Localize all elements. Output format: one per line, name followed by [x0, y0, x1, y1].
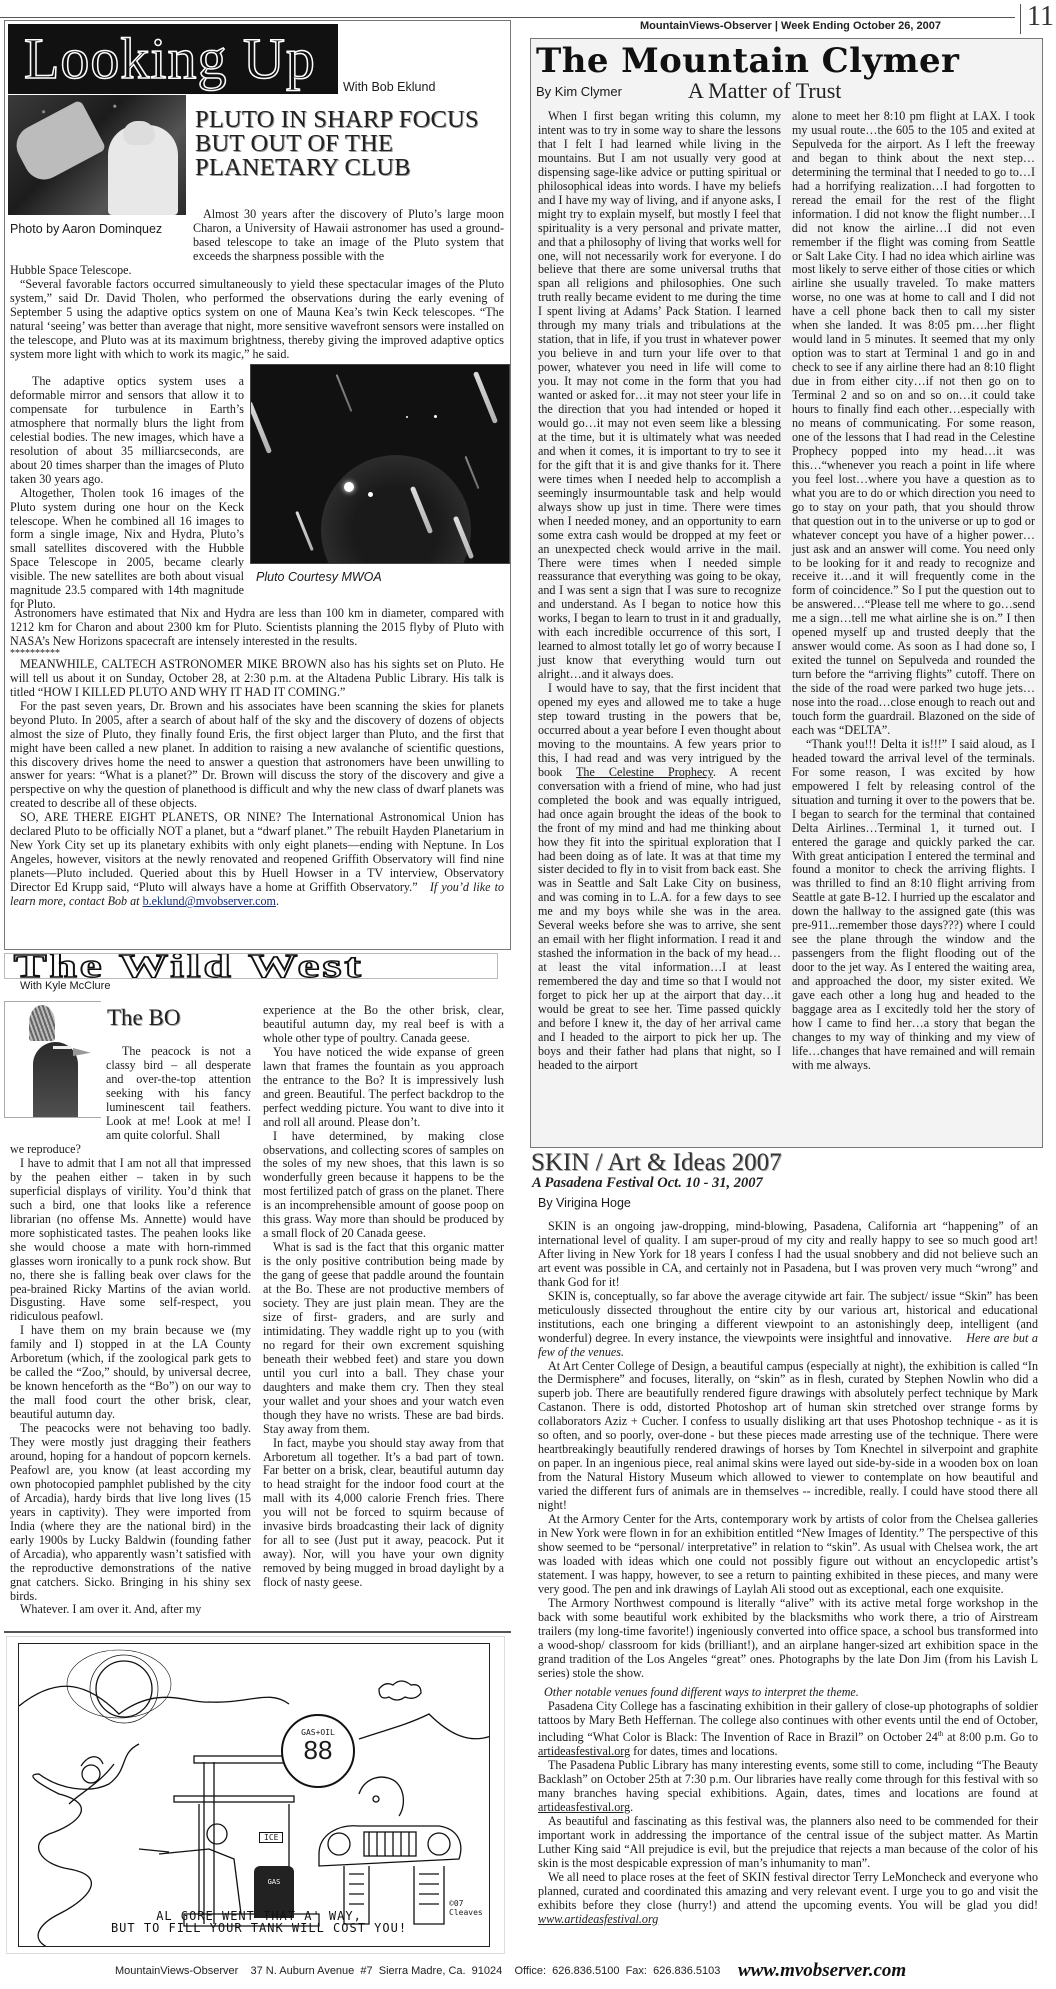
star-streak	[295, 511, 314, 551]
contact-email-link[interactable]: b.eklund@mvobserver.com	[143, 894, 276, 908]
pluto-rest-text: Astronomers have estimated that Nix and …	[10, 607, 504, 909]
wild-west-paragraph: we reproduce?	[10, 1143, 251, 1157]
wild-west-paragraph: I have determined, by making close obser…	[263, 1130, 504, 1242]
wild-west-byline: With Kyle McClure	[20, 980, 110, 992]
pluto-paragraph: Altogether, Tholen took 16 images of the…	[10, 487, 244, 613]
cartoon-caption-line: BUT TO FILL YOUR TANK WILL COST YOU!	[79, 1922, 439, 1934]
book-title: The Celestine Prophecy	[576, 765, 713, 779]
peacock-eye-stripe	[53, 1046, 71, 1049]
pluto-main-text: Hubble Space Telescope. “Several favorab…	[10, 264, 504, 362]
clymer-paragraph: “Thank you!!! Delta it is!!!” I said alo…	[792, 738, 1035, 1073]
pluto-telescope-image	[250, 364, 510, 564]
star-streak	[465, 456, 480, 489]
mountain-clymer-col1: When I first began writing this column, …	[538, 110, 781, 1073]
looking-up-banner-text: Looking Up	[8, 24, 338, 94]
wild-west-paragraph: Whatever. I am over it. And, after my	[10, 1603, 251, 1617]
skin-text: The Pasadena Public Library has many int…	[538, 1758, 1038, 1800]
skin-text: SKIN is, conceptually, so far above the …	[538, 1289, 1038, 1345]
page-number-divider	[1020, 4, 1021, 34]
clymer-paragraph: alone to meet her 8:10 pm flight at LAX.…	[792, 110, 1035, 738]
skin-text: for dates, times and locations.	[630, 1744, 777, 1758]
skin-paragraph: At the Armory Center for the Arts, conte…	[538, 1513, 1038, 1597]
city-lights	[8, 95, 186, 123]
header-rule	[0, 17, 1015, 18]
wild-west-paragraph: The peacocks were not behaving too badly…	[10, 1422, 251, 1603]
wild-west-paragraph: I have to admit that I am not all that i…	[10, 1157, 251, 1324]
star-streak	[473, 371, 498, 424]
pluto-paragraph: SO, ARE THERE EIGHT PLANETS, OR NINE? Th…	[10, 811, 504, 909]
cartoonist-signature: ©07 Cleaves	[449, 1899, 489, 1917]
section-divider	[4, 1631, 511, 1633]
footer-address: MountainViews-Observer 37 N. Auburn Aven…	[115, 1965, 720, 1977]
mountain-clymer-subtitle: A Matter of Trust	[688, 78, 841, 104]
wild-west-paragraph: In fact, maybe you should stay away from…	[263, 1437, 504, 1590]
artideas-www-link[interactable]: www.artideasfestival.org	[538, 1912, 658, 1926]
page-number: 11	[1027, 3, 1054, 31]
looking-up-byline: With Bob Eklund	[343, 80, 435, 94]
skin-subtitle: A Pasadena Festival Oct. 10 - 31, 2007	[532, 1175, 763, 1192]
ice-sign: ICE	[259, 1832, 283, 1843]
peacock-beak	[73, 1048, 91, 1056]
editorial-cartoon: GAS+OIL 88 ICE GAS ©07 Cleaves AL GORE W…	[6, 1636, 505, 1954]
peacock-crest	[29, 1005, 55, 1041]
pluto-image-caption: Pluto Courtesy MWOA	[256, 570, 382, 584]
pluto-intro: Almost 30 years after the discovery of P…	[193, 208, 504, 264]
wild-west-col2: experience at the Bo the other brisk, cl…	[263, 1004, 504, 1590]
cartoon-frame: GAS+OIL 88 ICE GAS ©07 Cleaves AL GORE W…	[18, 1643, 490, 1947]
pluto-paragraph: For the past seven years, Dr. Brown and …	[10, 700, 504, 812]
wild-west-col1: we reproduce? I have to admit that I am …	[10, 1143, 251, 1617]
skin-text: at 8:00 p.m. Go to	[943, 1730, 1038, 1744]
mountain-clymer-title: The Mountain Clymer	[536, 41, 959, 81]
pluto-paragraph: Hubble Space Telescope.	[10, 264, 504, 278]
skin-byline: By Virigina Hoge	[538, 1196, 631, 1210]
pluto-column-text: The adaptive optics system uses a deform…	[10, 375, 244, 612]
wild-west-paragraph: What is sad is the fact that this organi…	[263, 1241, 504, 1436]
skin-paragraph: SKIN is an ongoing jaw-dropping, mind-bl…	[538, 1220, 1038, 1290]
skin-paragraph: We all need to place roses at the feet o…	[538, 1871, 1038, 1927]
pluto-dot	[344, 482, 354, 492]
wild-west-paragraph: The peacock is not a classy bird – all d…	[106, 1045, 251, 1143]
skin-title: SKIN / Art & Ideas 2007	[531, 1149, 782, 1177]
pluto-halo	[321, 455, 471, 564]
skin-paragraph: As beautiful and fascinating as this fes…	[538, 1815, 1038, 1871]
masthead: MountainViews-Observer | Week Ending Oct…	[640, 20, 941, 32]
skin-italic-lead: Other notable venues found different way…	[538, 1686, 1038, 1700]
pluto-paragraph: “Several favorable factors occurred simu…	[10, 278, 504, 362]
peacock-photo	[4, 1001, 101, 1118]
hydra-dot	[434, 415, 437, 418]
pluto-paragraph: The adaptive optics system uses a deform…	[10, 375, 244, 487]
mountain-clymer-byline: By Kim Clymer	[536, 84, 622, 99]
charon-dot	[368, 492, 373, 497]
peacock-neck	[33, 1042, 78, 1118]
astronomer-head	[123, 121, 155, 145]
skin-text: We all need to place roses at the feet o…	[538, 1870, 1038, 1912]
clymer-text: . A recent conversation with a friend of…	[538, 765, 781, 1072]
artideas-link[interactable]: artideasfestival.org	[538, 1800, 630, 1814]
wild-west-col1-top: The peacock is not a classy bird – all d…	[106, 1045, 251, 1143]
wild-west-banner-text: The Wild West	[5, 954, 498, 979]
artideas-link[interactable]: artideasfestival.org	[538, 1744, 630, 1758]
skin-body: SKIN is an ongoing jaw-dropping, mind-bl…	[538, 1220, 1038, 1927]
telescope-photo	[8, 95, 186, 215]
footer-website-link[interactable]: www.mvobserver.com	[738, 1960, 906, 1982]
clymer-paragraph: When I first began writing this column, …	[538, 110, 781, 682]
skin-paragraph: The Pasadena Public Library has many int…	[538, 1759, 1038, 1815]
pluto-paragraph: MEANWHILE, CALTECH ASTRONOMER MIKE BROWN…	[10, 658, 504, 700]
photo-credit: Photo by Aaron Dominquez	[10, 222, 162, 236]
gas-sign-number: 88	[283, 1737, 353, 1763]
wild-west-title: The BO	[107, 1005, 180, 1031]
wild-west-paragraph: I have them on my brain because we (my f…	[10, 1324, 251, 1422]
pluto-intro-paragraph: Almost 30 years after the discovery of P…	[193, 208, 504, 264]
cartoon-caption: AL GORE WENT THAT A' WAY, BUT TO FILL YO…	[79, 1910, 439, 1934]
pluto-paragraph: Astronomers have estimated that Nix and …	[10, 607, 504, 649]
skin-paragraph: Pasadena City College has a fascinating …	[538, 1700, 1038, 1759]
wild-west-banner: The Wild West	[4, 953, 498, 979]
clymer-paragraph: I would have to say, that the first inci…	[538, 682, 781, 1073]
wild-west-paragraph: experience at the Bo the other brisk, cl…	[263, 1004, 504, 1046]
star-streak	[250, 401, 272, 454]
skin-paragraph: At Art Center College of Design, a beaut…	[538, 1360, 1038, 1513]
looking-up-banner: Looking Up	[8, 24, 338, 94]
gas-station-sign: GAS+OIL 88	[281, 1714, 355, 1788]
skin-paragraph: The Armory Northwest compound is literal…	[538, 1597, 1038, 1681]
wild-west-paragraph: You have noticed the wide expanse of gre…	[263, 1046, 504, 1130]
skin-paragraph: SKIN is, conceptually, so far above the …	[538, 1290, 1038, 1360]
pluto-headline: PLUTO IN SHARP FOCUS BUT OUT OF THE PLAN…	[195, 108, 505, 180]
nix-dot	[406, 416, 408, 418]
skin-text: .	[630, 1800, 633, 1814]
mountain-clymer-col2: alone to meet her 8:10 pm flight at LAX.…	[792, 110, 1035, 1073]
star-streak	[336, 374, 353, 412]
